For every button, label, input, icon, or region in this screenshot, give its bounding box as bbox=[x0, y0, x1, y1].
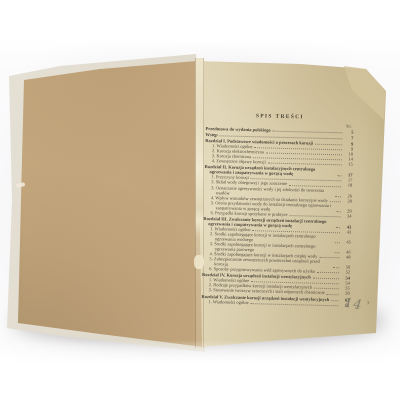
toc-entry-page-number: 43 bbox=[342, 229, 351, 234]
toc-entry-page-number: 52 bbox=[341, 270, 350, 275]
dot-leader bbox=[335, 242, 340, 243]
dot-leader bbox=[335, 196, 341, 197]
toc-entry-page-number: 5 bbox=[344, 129, 353, 134]
toc-entry-label: Wstęp bbox=[205, 132, 217, 137]
dot-leader bbox=[335, 252, 340, 253]
dot-leader bbox=[333, 267, 339, 268]
dot-leader bbox=[337, 176, 341, 177]
table-of-contents: SPIS TREŚCI Str. Przedmowa do wydania po… bbox=[201, 112, 354, 307]
toc-entry-page-number: 18 bbox=[343, 183, 352, 188]
toc-entry-page-number: 28 bbox=[343, 198, 352, 203]
toc-entry-page-number: 45 bbox=[342, 239, 351, 244]
toc-entry-page-number: 48 bbox=[341, 254, 350, 259]
dot-leader bbox=[336, 227, 340, 228]
toc-entry-page-number: 15 bbox=[344, 162, 353, 167]
toc-entry-label: 1. Wiadomości ogólne bbox=[208, 299, 248, 305]
book-photo: SPIS TREŚCI Str. Przedmowa do wydania po… bbox=[0, 0, 400, 400]
spine-gutter bbox=[195, 58, 204, 348]
dot-leader bbox=[336, 211, 340, 212]
dot-leader bbox=[317, 272, 339, 274]
toc-entry-list: Przedmowa do wydania polskiego 5 Wstęp 7… bbox=[201, 126, 353, 307]
dot-leader bbox=[327, 294, 339, 295]
printed-corner-mark: 3 bbox=[367, 300, 369, 305]
dot-leader bbox=[289, 215, 340, 217]
toc-entry-page-number: 34 bbox=[342, 213, 351, 218]
handwritten-pencil-note: 14 bbox=[343, 296, 364, 314]
dot-leader bbox=[331, 300, 338, 301]
toc-entry-page-number: 7 bbox=[344, 135, 353, 140]
photo-backdrop-bottom bbox=[0, 340, 400, 400]
